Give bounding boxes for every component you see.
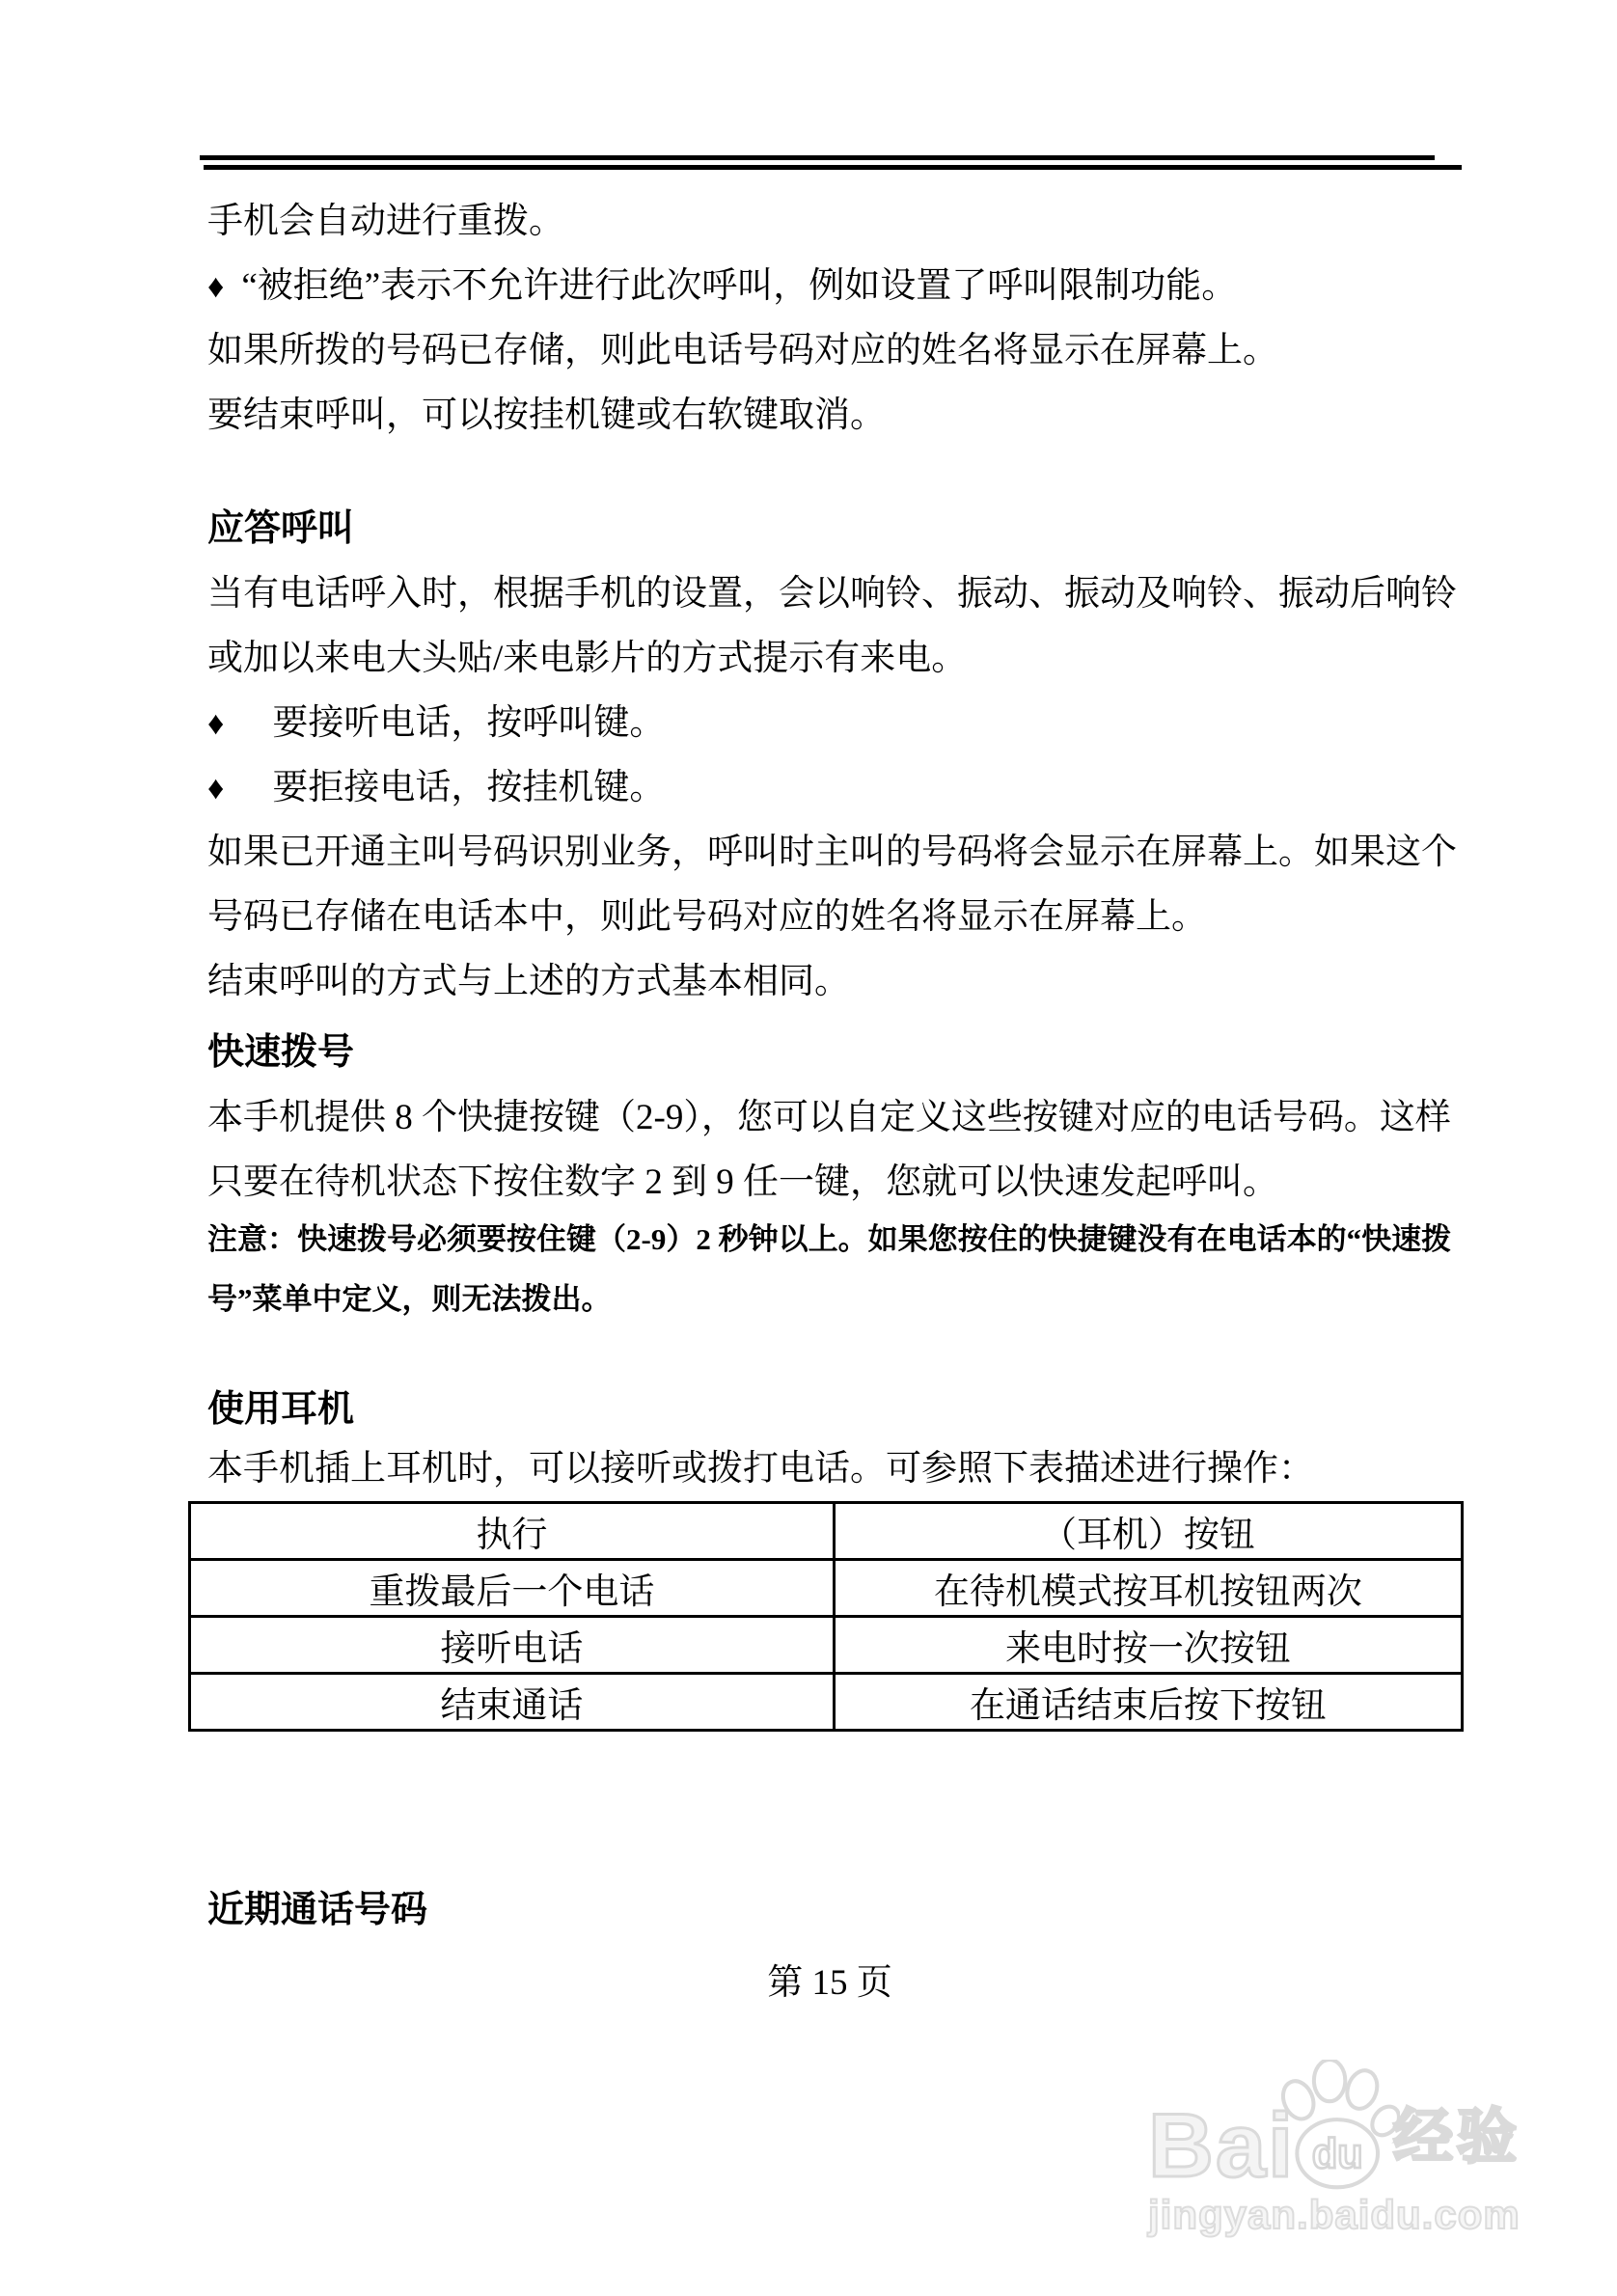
diamond-bullet-icon: ♦ — [207, 255, 224, 319]
speed-dial-para-line2: 只要在待机状态下按住数字 2 到 9 任一键，您就可以快速发起呼叫。 — [207, 1150, 1452, 1215]
table-cell-action: 重拨最后一个电话 — [190, 1560, 835, 1617]
table-header-row: 执行 （耳机）按钮 — [190, 1503, 1463, 1560]
heading-speed-dial: 快速拨号 — [207, 1021, 1452, 1085]
heading-answer-call: 应答呼叫 — [207, 497, 1452, 561]
answer-call-para1-line2: 或加以来电大头贴/来电影片的方式提示有来电。 — [207, 626, 1452, 691]
answer-call-bullet-1-text: 要接听电话，按呼叫键。 — [272, 691, 665, 755]
table-cell-action: 结束通话 — [190, 1674, 835, 1731]
table-header-button: （耳机）按钮 — [834, 1503, 1462, 1560]
watermark-du-text: du — [1312, 2131, 1363, 2177]
header-rule-top — [200, 155, 1435, 160]
answer-call-para2-line1: 如果已开通主叫号码识别业务，呼叫时主叫的号码将会显示在屏幕上。如果这个 — [207, 820, 1452, 885]
headset-actions-table: 执行 （耳机）按钮 重拨最后一个电话 在待机模式按耳机按钮两次 接听电话 来电时… — [188, 1501, 1464, 1732]
watermark-url: jingyan.baidu.com — [1148, 2195, 1521, 2235]
speed-dial-note-line1: 注意：快速拨号必须要按住键（2-9）2 秒钟以上。如果您按住的快捷键没有在电话本… — [207, 1210, 1452, 1270]
table-row: 结束通话 在通话结束后按下按钮 — [190, 1674, 1463, 1731]
table-row: 接听电话 来电时按一次按钮 — [190, 1617, 1463, 1674]
answer-call-para1-line1: 当有电话呼入时，根据手机的设置，会以响铃、振动、振动及响铃、振动后响铃 — [207, 561, 1452, 626]
speed-dial-note-line2: 号”菜单中定义，则无法拨出。 — [207, 1270, 1452, 1329]
headset-para: 本手机插上耳机时，可以接听或拨打电话。可参照下表描述进行操作： — [207, 1442, 1452, 1496]
table-cell-button: 在通话结束后按下按钮 — [834, 1674, 1462, 1731]
diamond-bullet-icon: ♦ — [207, 692, 224, 756]
speed-dial-para-line1: 本手机提供 8 个快捷按键（2-9），您可以自定义这些按键对应的电话号码。这样 — [207, 1085, 1452, 1150]
table-cell-button: 来电时按一次按钮 — [834, 1617, 1462, 1674]
watermark-brand-cn: 经验 — [1393, 2108, 1521, 2168]
table-header-action: 执行 — [190, 1503, 835, 1560]
page-content: 手机会自动进行重拨。 ♦ “被拒绝”表示不允许进行此次呼叫，例如设置了呼叫限制功… — [207, 189, 1452, 2012]
intro-bullet: ♦ “被拒绝”表示不允许进行此次呼叫，例如设置了呼叫限制功能。 — [207, 254, 1452, 318]
header-rule-bottom — [204, 165, 1462, 170]
diamond-bullet-icon: ♦ — [207, 756, 224, 821]
table-row: 重拨最后一个电话 在待机模式按耳机按钮两次 — [190, 1560, 1463, 1617]
answer-call-bullet-1: ♦ 要接听电话，按呼叫键。 — [207, 691, 1452, 755]
heading-headset: 使用耳机 — [207, 1378, 1452, 1442]
intro-line-2: 如果所拨的号码已存储，则此电话号码对应的姓名将显示在屏幕上。 — [207, 318, 1452, 383]
answer-call-bullet-2-text: 要拒接电话，按挂机键。 — [272, 755, 665, 820]
baidu-paw-icon: du — [1270, 2060, 1400, 2190]
intro-line-1: 手机会自动进行重拨。 — [207, 189, 1452, 254]
answer-call-para3: 结束呼叫的方式与上述的方式基本相同。 — [207, 949, 1452, 1014]
answer-call-bullet-2: ♦ 要拒接电话，按挂机键。 — [207, 755, 1452, 820]
page-number: 第 15 页 — [207, 1954, 1452, 2012]
table-cell-button: 在待机模式按耳机按钮两次 — [834, 1560, 1462, 1617]
intro-line-3: 要结束呼叫，可以按挂机键或右软键取消。 — [207, 383, 1452, 448]
baidu-jingyan-watermark: Bai du 经验 jingyan.baidu.com — [1148, 2060, 1553, 2272]
manual-page: 手机会自动进行重拨。 ♦ “被拒绝”表示不允许进行此次呼叫，例如设置了呼叫限制功… — [0, 0, 1617, 2296]
answer-call-para2-line2: 号码已存储在电话本中，则此号码对应的姓名将显示在屏幕上。 — [207, 885, 1452, 949]
table-cell-action: 接听电话 — [190, 1617, 835, 1674]
intro-bullet-text: “被拒绝”表示不允许进行此次呼叫，例如设置了呼叫限制功能。 — [241, 254, 1237, 318]
heading-recent-calls: 近期通话号码 — [207, 1878, 1452, 1943]
